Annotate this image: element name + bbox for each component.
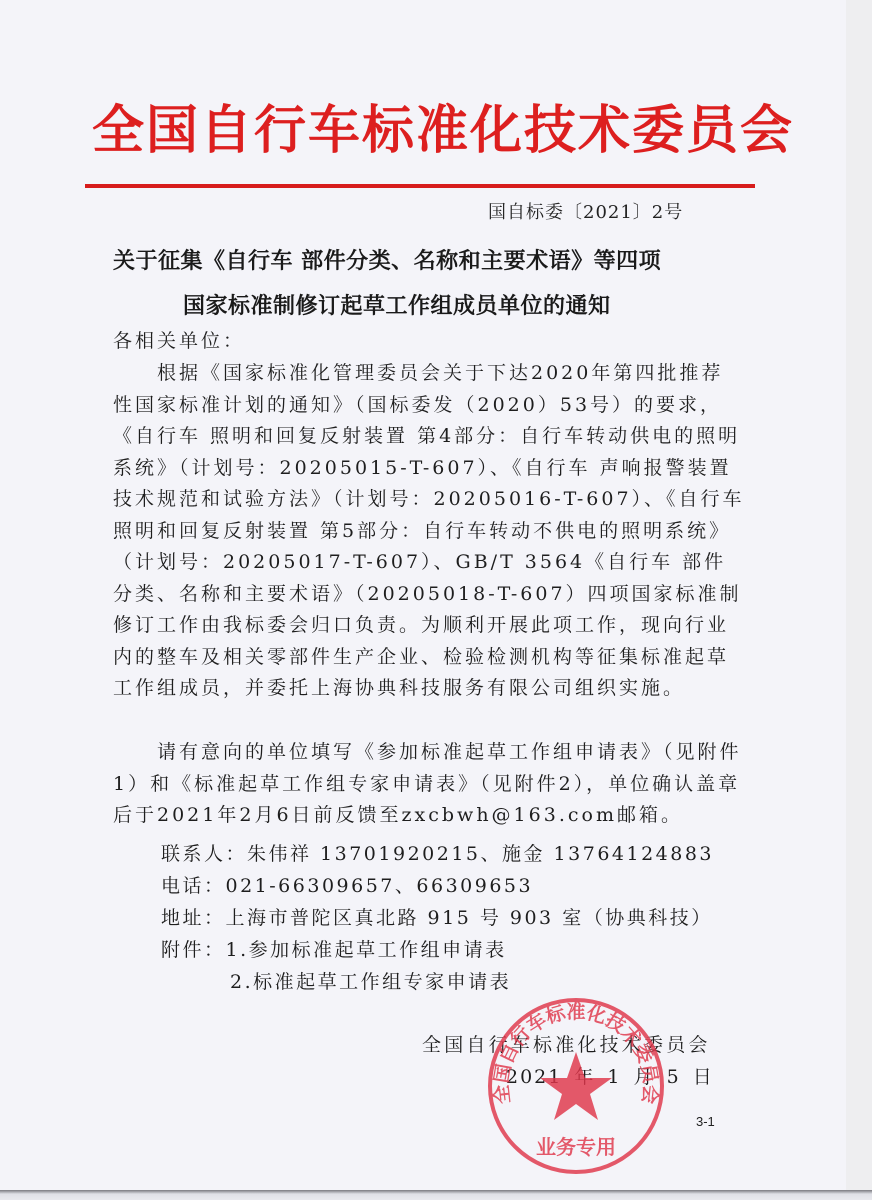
salutation: 各相关单位： <box>113 326 745 358</box>
signature-organization: 全国自行车标准化技术委员会 <box>422 1030 711 1057</box>
contact-address: 地址：上海市普陀区真北路 915 号 903 室（协典科技） <box>161 903 713 933</box>
document-number: 国自标委〔2021〕2号 <box>488 198 683 224</box>
notice-title-line-1: 关于征集《自行车 部件分类、名称和主要术语》等四项 <box>113 244 661 275</box>
body-paragraph-1: 根据《国家标准化管理委员会关于下达2020年第四批推荐性国家标准计划的通知》（国… <box>113 358 745 705</box>
signature-date: 2021 年 1 月 5 日 <box>506 1062 714 1089</box>
attachment-1: 附件：1.参加标准起草工作组申请表 <box>161 935 507 965</box>
contact-phone: 电话：021-66309657、66309653 <box>161 871 533 901</box>
letterhead-title: 全国自行车标准化技术委员会 <box>92 98 762 164</box>
contact-persons: 联系人：朱伟祥 13701920215、施金 13764124883 <box>161 839 714 869</box>
page-code: 3-1 <box>696 1114 715 1129</box>
letterhead-rule <box>85 184 755 188</box>
scan-bottom-shadow <box>0 1190 872 1200</box>
body-paragraph-2: 请有意向的单位填写《参加标准起草工作组申请表》（见附件1）和《标准起草工作组专家… <box>113 737 745 832</box>
notice-title-line-2: 国家标准制修订起草工作组成员单位的通知 <box>183 289 611 320</box>
paper-edge <box>846 0 872 1200</box>
attachment-2: 2.标准起草工作组专家申请表 <box>230 967 511 997</box>
